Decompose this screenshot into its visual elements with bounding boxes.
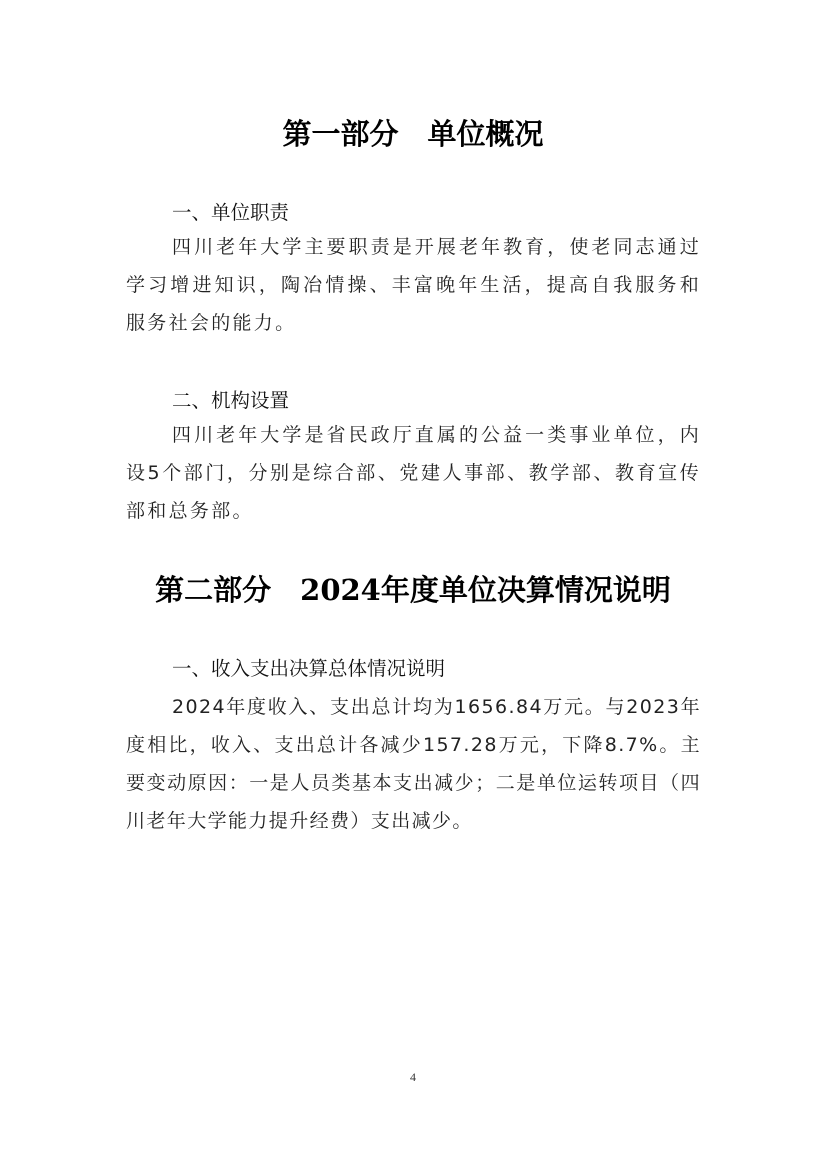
section-heading-income-expense: 一、收入支出决算总体情况说明: [172, 653, 445, 681]
section-body-responsibilities: 四川老年大学主要职责是开展老年教育，使老同志通过学习增进知识，陶冶情操、丰富晚年…: [126, 228, 701, 342]
page-number: 4: [0, 1070, 826, 1085]
part2-title: 第二部分 2024年度单位决算情况说明: [0, 568, 826, 609]
section-body-organization: 四川老年大学是省民政厅直属的公益一类事业单位，内设5个部门，分别是综合部、党建人…: [126, 416, 701, 530]
section-heading-organization: 二、机构设置: [172, 385, 289, 413]
document-page: 第一部分 单位概况 一、单位职责 四川老年大学主要职责是开展老年教育，使老同志通…: [0, 0, 826, 1169]
section-body-income-expense: 2024年度收入、支出总计均为1656.84万元。与2023年度相比，收入、支出…: [126, 688, 701, 840]
section-heading-responsibilities: 一、单位职责: [172, 197, 289, 225]
part1-title: 第一部分 单位概况: [0, 112, 826, 153]
